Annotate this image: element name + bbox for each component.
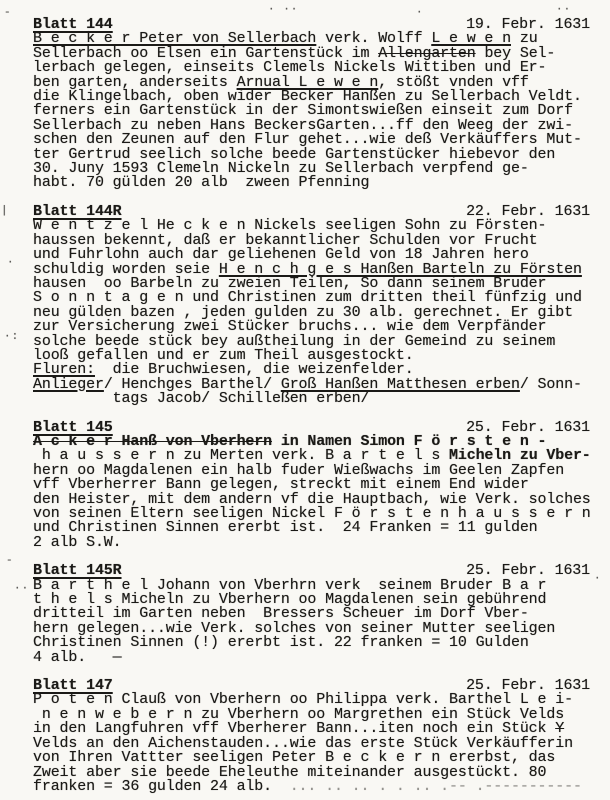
record-section: Blatt 144R22. Febr. 1631W e n t z e l He… xyxy=(33,205,590,407)
text-line: 2 alb S.W. xyxy=(33,536,590,550)
text-line: 4 alb. — xyxy=(33,651,590,665)
scan-speck: · xyxy=(594,574,602,584)
text-segment: franken = 36 gulden 24 alb. xyxy=(33,778,272,795)
record-section: Blatt 145R25. Febr. 1631B a r t h e l Jo… xyxy=(33,564,590,665)
scan-speck: ·· xyxy=(14,584,29,594)
scan-speck: - xyxy=(6,556,14,566)
record-section: Blatt 14419. Febr. 1631B e c k e r Peter… xyxy=(33,18,590,191)
text-segment: — xyxy=(113,649,122,666)
scan-speck: - xyxy=(4,8,12,18)
text-segment: habt. 70 gülden 20 alb zween Pfenning xyxy=(33,174,369,191)
text-line: tags Jacob/ Schilleßen erben/ xyxy=(33,392,590,406)
text-line: franken = 36 gulden 24 alb. ... .. .. . … xyxy=(33,780,590,794)
text-segment: / Sonn- xyxy=(520,376,582,393)
document-page: Blatt 14419. Febr. 1631B e c k e r Peter… xyxy=(0,0,610,800)
scan-speck: ·: xyxy=(4,332,19,342)
scan-speck: | xyxy=(1,206,9,216)
scan-speck: · ·· xyxy=(268,5,298,15)
text-segment: 2 alb S.W. xyxy=(33,534,122,551)
text-segment: ... .. .. . . .. .-- .----------- xyxy=(272,778,582,795)
scan-speck: · xyxy=(416,8,424,18)
record-section: Blatt 14525. Febr. 1631A c k e r Hanß vo… xyxy=(33,421,590,551)
scan-speck: ·· xyxy=(556,5,571,15)
text-line: habt. 70 gülden 20 alb zween Pfenning xyxy=(33,176,590,190)
text-segment: 4 alb. xyxy=(33,649,113,666)
scan-speck: · xyxy=(7,258,15,268)
text-segment: tags Jacob/ Schilleßen erben/ xyxy=(33,390,369,407)
record-section: Blatt 14725. Febr. 1631P o t e n Clauß v… xyxy=(33,679,590,794)
